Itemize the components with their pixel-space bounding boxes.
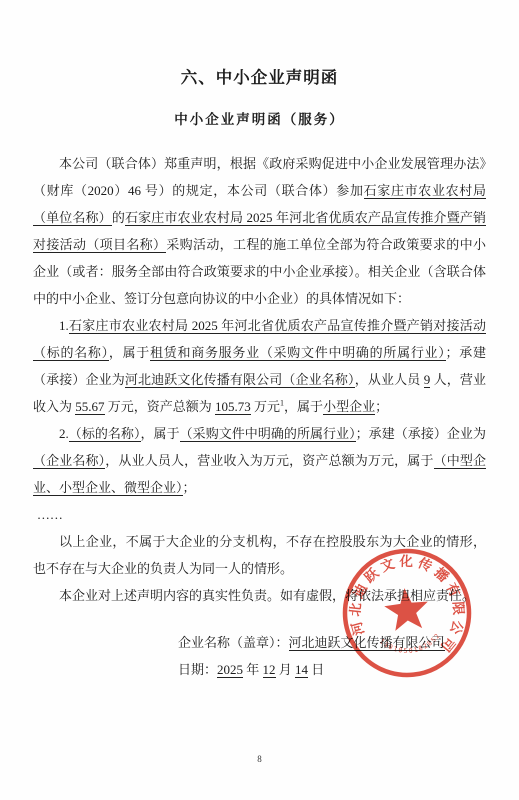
item1-revenue-value: 55.67 <box>75 399 104 415</box>
item1-text-2: ，属于 <box>109 345 150 360</box>
item2-text-4: ，从业人员人，营业收入为万元，资产总额为万元，属于 <box>105 453 433 468</box>
item1-industry: 租赁和商务服务业（采购文件中明确的所属行业） <box>150 345 445 361</box>
item1-text-7: 万元 <box>251 399 280 414</box>
item1-text-4: ，从业人员 <box>355 372 424 387</box>
item2-paragraph: 2.（标的名称），属于（采购文件中明确的所属行业）；承建（承接）企业为（企业名称… <box>33 420 486 501</box>
signature-block: 企业名称（盖章）：河北迪跃文化传播有限公司 日期：2025 年 12 月 14 … <box>178 629 486 683</box>
ellipsis-line: …… <box>33 501 486 528</box>
document-body: 本公司（联合体）郑重声明，根据《政府采购促进中小企业发展管理办法》（财库（202… <box>33 150 486 609</box>
item2-subject-name-blank: （标的名称） <box>69 426 141 442</box>
item1-company-name: 河北迪跃文化传播有限公司（企业名称） <box>125 372 355 388</box>
date-month-value: 12 <box>263 662 276 678</box>
company-name-line: 企业名称（盖章）：河北迪跃文化传播有限公司 <box>178 629 486 656</box>
item2-text-2: ，属于 <box>141 426 180 441</box>
item1-enterprise-type: 小型企业 <box>323 399 375 415</box>
intro-text-2: 的 <box>112 210 125 225</box>
item1-text-9: ； <box>375 399 388 414</box>
closing-paragraph-1: 以上企业，不属于大企业的分支机构，不存在控股股东为大企业的情形，也不存在与大企业… <box>33 528 486 582</box>
date-year-value: 2025 <box>217 662 243 678</box>
item2-text-5: ； <box>183 480 196 495</box>
declaration-document-page: 六、中小企业声明函 中小企业声明函（服务） 本公司（联合体）郑重声明，根据《政府… <box>0 0 519 800</box>
date-day-suffix: 日 <box>308 662 324 677</box>
item1-assets-value: 105.73 <box>215 399 251 415</box>
page-number: 8 <box>0 754 519 764</box>
intro-paragraph: 本公司（联合体）郑重声明，根据《政府采购促进中小企业发展管理办法》（财库（202… <box>33 150 486 312</box>
date-label: 日期： <box>178 662 217 677</box>
company-name-value: 河北迪跃文化传播有限公司 <box>289 635 445 651</box>
date-month-suffix: 月 <box>276 662 296 677</box>
item1-text-6: 万元，资产总额为 <box>105 399 216 414</box>
item1-text-8: ，属于 <box>284 399 323 414</box>
item2-industry-blank: （采购文件中明确的所属行业） <box>180 426 356 442</box>
date-year-suffix: 年 <box>243 662 263 677</box>
closing-paragraph-2: 本企业对上述声明内容的真实性负责。如有虚假，将依法承担相应责任。 <box>33 582 486 609</box>
section-title: 六、中小企业声明函 <box>33 64 486 88</box>
date-line: 日期：2025 年 12 月 14 日 <box>178 656 486 683</box>
document-subtitle: 中小企业声明函（服务） <box>33 108 486 128</box>
date-day-value: 14 <box>295 662 308 678</box>
item2-number: 2. <box>59 426 69 441</box>
item1-number: 1. <box>59 318 69 333</box>
item2-text-3: ；承建（承接）企业为 <box>356 426 486 441</box>
item1-paragraph: 1.石家庄市农业农村局 2025 年河北省优质农产品宣传推介暨产销对接活动（标的… <box>33 312 486 420</box>
item2-company-name-blank: （企业名称） <box>33 453 105 469</box>
company-name-label: 企业名称（盖章）： <box>178 635 289 650</box>
